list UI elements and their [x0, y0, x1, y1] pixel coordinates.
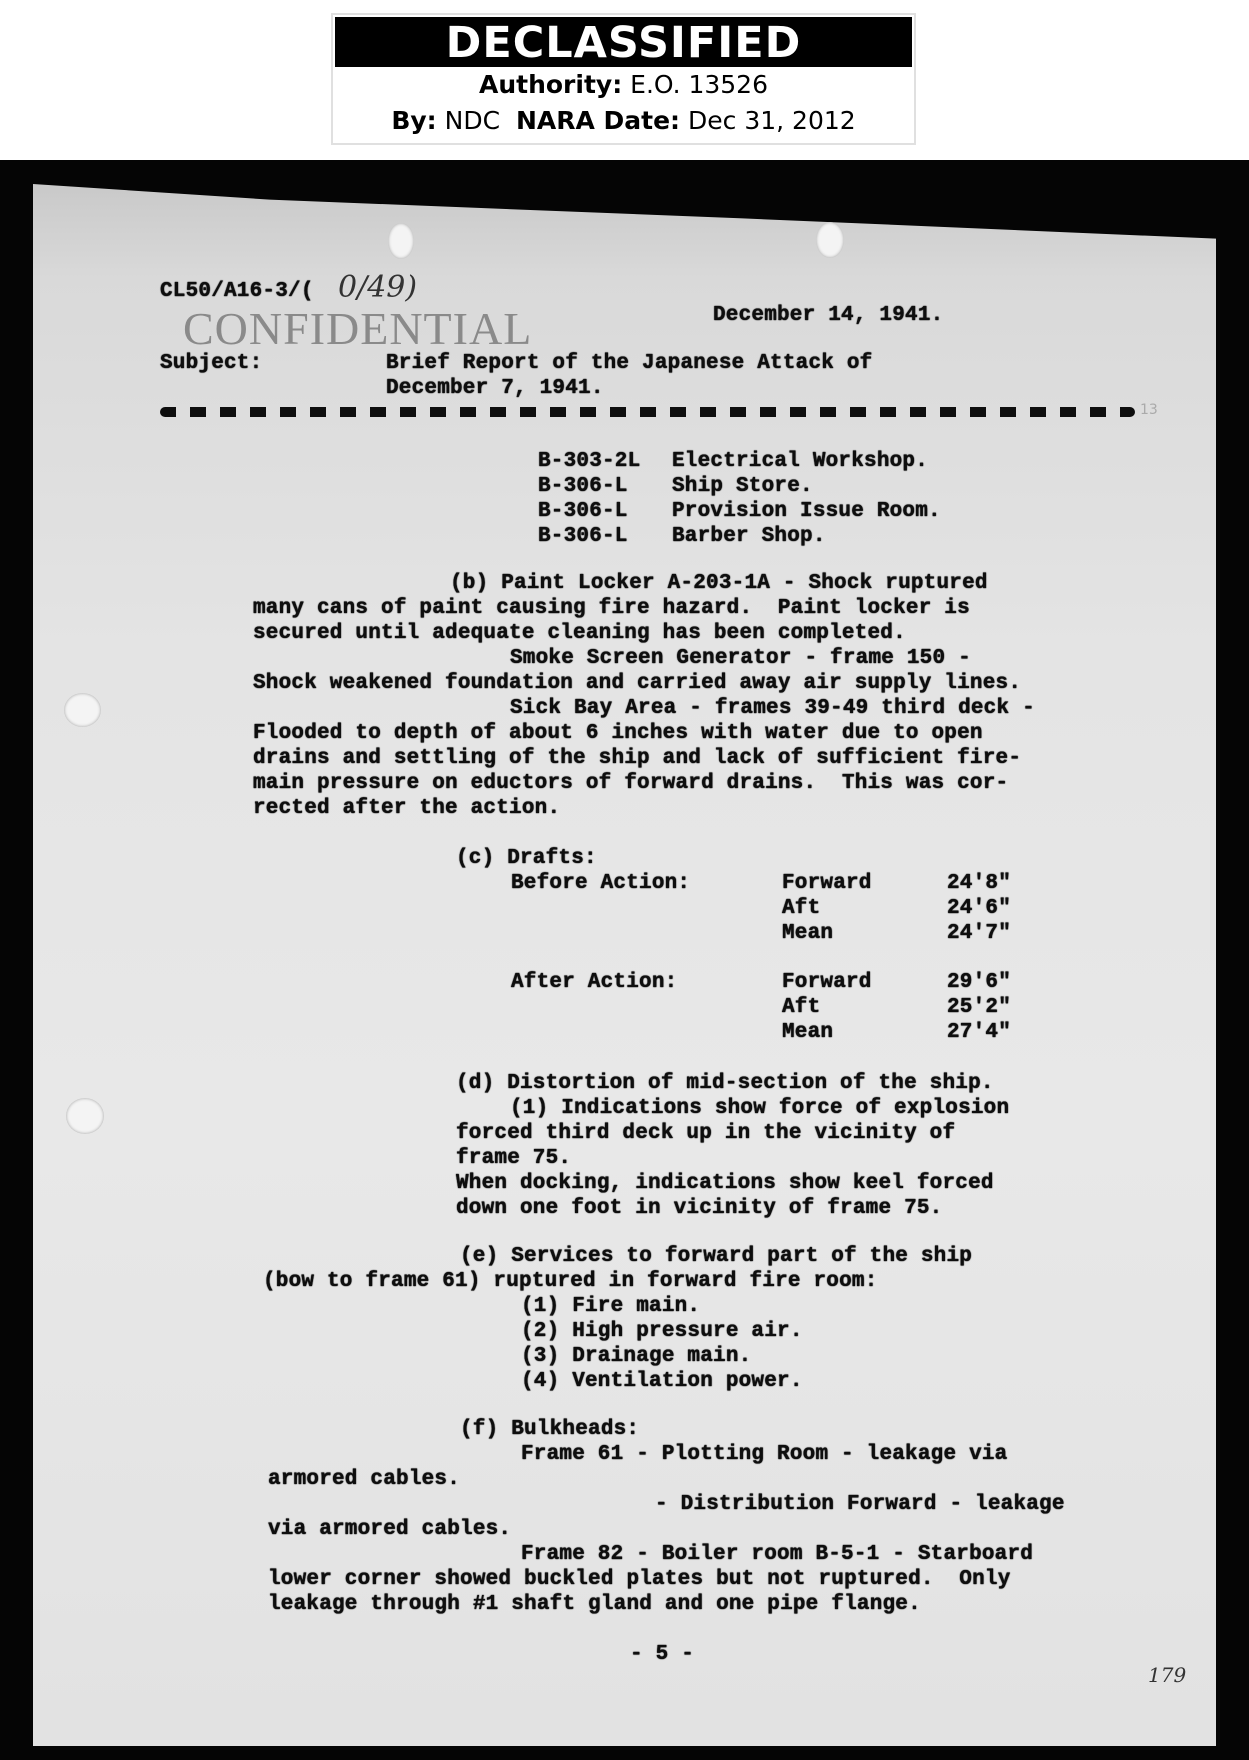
- draft-group-label: Before Action:: [511, 872, 690, 896]
- compartment-name: Barber Shop.: [672, 525, 826, 549]
- subject-line-2: December 7, 1941.: [386, 377, 604, 401]
- declassified-banner: DECLASSIFIED: [335, 17, 912, 67]
- section-d-line: When docking, indications show keel forc…: [456, 1172, 994, 1196]
- scanned-page: [0, 160, 1249, 1760]
- section-d-line: down one foot in vicinity of frame 75.: [456, 1197, 942, 1221]
- draft-position: Mean: [782, 922, 833, 946]
- section-b-line: Shock weakened foundation and carried aw…: [253, 672, 1021, 696]
- section-f-line: via armored cables.: [268, 1518, 511, 1542]
- section-b-line: Sick Bay Area - frames 39-49 third deck …: [510, 697, 1035, 721]
- section-b-line: Flooded to depth of about 6 inches with …: [253, 722, 983, 746]
- draft-value: 27'4": [947, 1021, 1011, 1045]
- draft-value: 25'2": [947, 996, 1011, 1020]
- section-b-line: (b) Paint Locker A-203-1A - Shock ruptur…: [450, 572, 988, 596]
- section-e-line: (e) Services to forward part of the ship: [460, 1245, 972, 1269]
- section-b-line: main pressure on eductors of forward dra…: [253, 772, 1008, 796]
- draft-value: 24'7": [947, 922, 1011, 946]
- declassification-stamp: DECLASSIFIED Authority: E.O. 13526 By: N…: [331, 13, 916, 145]
- compartment-name: Provision Issue Room.: [672, 500, 941, 524]
- separator-line: [160, 407, 1135, 417]
- file-number: CL50/A16-3/(: [160, 280, 314, 304]
- section-d-line: (d) Distortion of mid-section of the shi…: [456, 1072, 994, 1096]
- subject-label: Subject:: [160, 352, 262, 376]
- section-b-line: secured until adequate cleaning has been…: [253, 622, 906, 646]
- service-item: (1) Fire main.: [521, 1295, 700, 1319]
- draft-position: Forward: [782, 971, 872, 995]
- authority-line: Authority: E.O. 13526: [333, 67, 914, 103]
- draft-position: Aft: [782, 897, 820, 921]
- compartment-name: Ship Store.: [672, 475, 813, 499]
- compartment-code: B-306-L: [538, 525, 628, 549]
- section-f-line: lower corner showed buckled plates but n…: [268, 1568, 1011, 1592]
- section-b-line: drains and settling of the ship and lack…: [253, 747, 1021, 771]
- service-item: (2) High pressure air.: [521, 1320, 803, 1344]
- section-d-line: forced third deck up in the vicinity of: [456, 1122, 955, 1146]
- handwritten-file-number: 0/49): [338, 270, 417, 305]
- section-b-line: Smoke Screen Generator - frame 150 -: [510, 647, 971, 671]
- compartment-code: B-306-L: [538, 475, 628, 499]
- service-item: (4) Ventilation power.: [521, 1370, 803, 1394]
- section-b-line: rected after the action.: [253, 797, 560, 821]
- section-b-line: many cans of paint causing fire hazard. …: [253, 597, 970, 621]
- bulkheads-heading: (f) Bulkheads:: [460, 1418, 639, 1442]
- draft-value: 24'6": [947, 897, 1011, 921]
- classification-stamp: CONFIDENTIAL: [183, 302, 532, 355]
- subject-line-1: Brief Report of the Japanese Attack of: [386, 352, 872, 376]
- draft-position: Forward: [782, 872, 872, 896]
- hole-punch: [66, 1098, 104, 1134]
- service-item: (3) Drainage main.: [521, 1345, 751, 1369]
- section-f-line: Frame 61 - Plotting Room - leakage via: [521, 1443, 1007, 1467]
- draft-group-label: After Action:: [511, 971, 677, 995]
- draft-value: 29'6": [947, 971, 1011, 995]
- drafts-heading: (c) Drafts:: [456, 847, 597, 871]
- section-d-line: (1) Indications show force of explosion: [510, 1097, 1009, 1121]
- hole-punch: [388, 223, 414, 259]
- compartment-name: Electrical Workshop.: [672, 450, 928, 474]
- hole-punch: [64, 693, 101, 727]
- archive-number: 179: [1148, 1663, 1186, 1687]
- sheet-marker: 13: [1140, 402, 1158, 418]
- draft-position: Mean: [782, 1021, 833, 1045]
- section-e-line: (bow to frame 61) ruptured in forward fi…: [263, 1270, 878, 1294]
- section-d-line: frame 75.: [456, 1147, 571, 1171]
- compartment-code: B-303-2L: [538, 450, 640, 474]
- page-number: - 5 -: [630, 1643, 694, 1667]
- section-f-line: Frame 82 - Boiler room B-5-1 - Starboard: [521, 1543, 1033, 1567]
- by-nara-line: By: NDC NARA Date: Dec 31, 2012: [333, 103, 914, 139]
- section-f-line: leakage through #1 shaft gland and one p…: [268, 1593, 921, 1617]
- hole-punch: [816, 222, 844, 258]
- section-f-line: - Distribution Forward - leakage: [655, 1493, 1065, 1517]
- compartment-code: B-306-L: [538, 500, 628, 524]
- draft-position: Aft: [782, 996, 820, 1020]
- draft-value: 24'8": [947, 872, 1011, 896]
- document-date: December 14, 1941.: [713, 304, 943, 328]
- section-f-line: armored cables.: [268, 1468, 460, 1492]
